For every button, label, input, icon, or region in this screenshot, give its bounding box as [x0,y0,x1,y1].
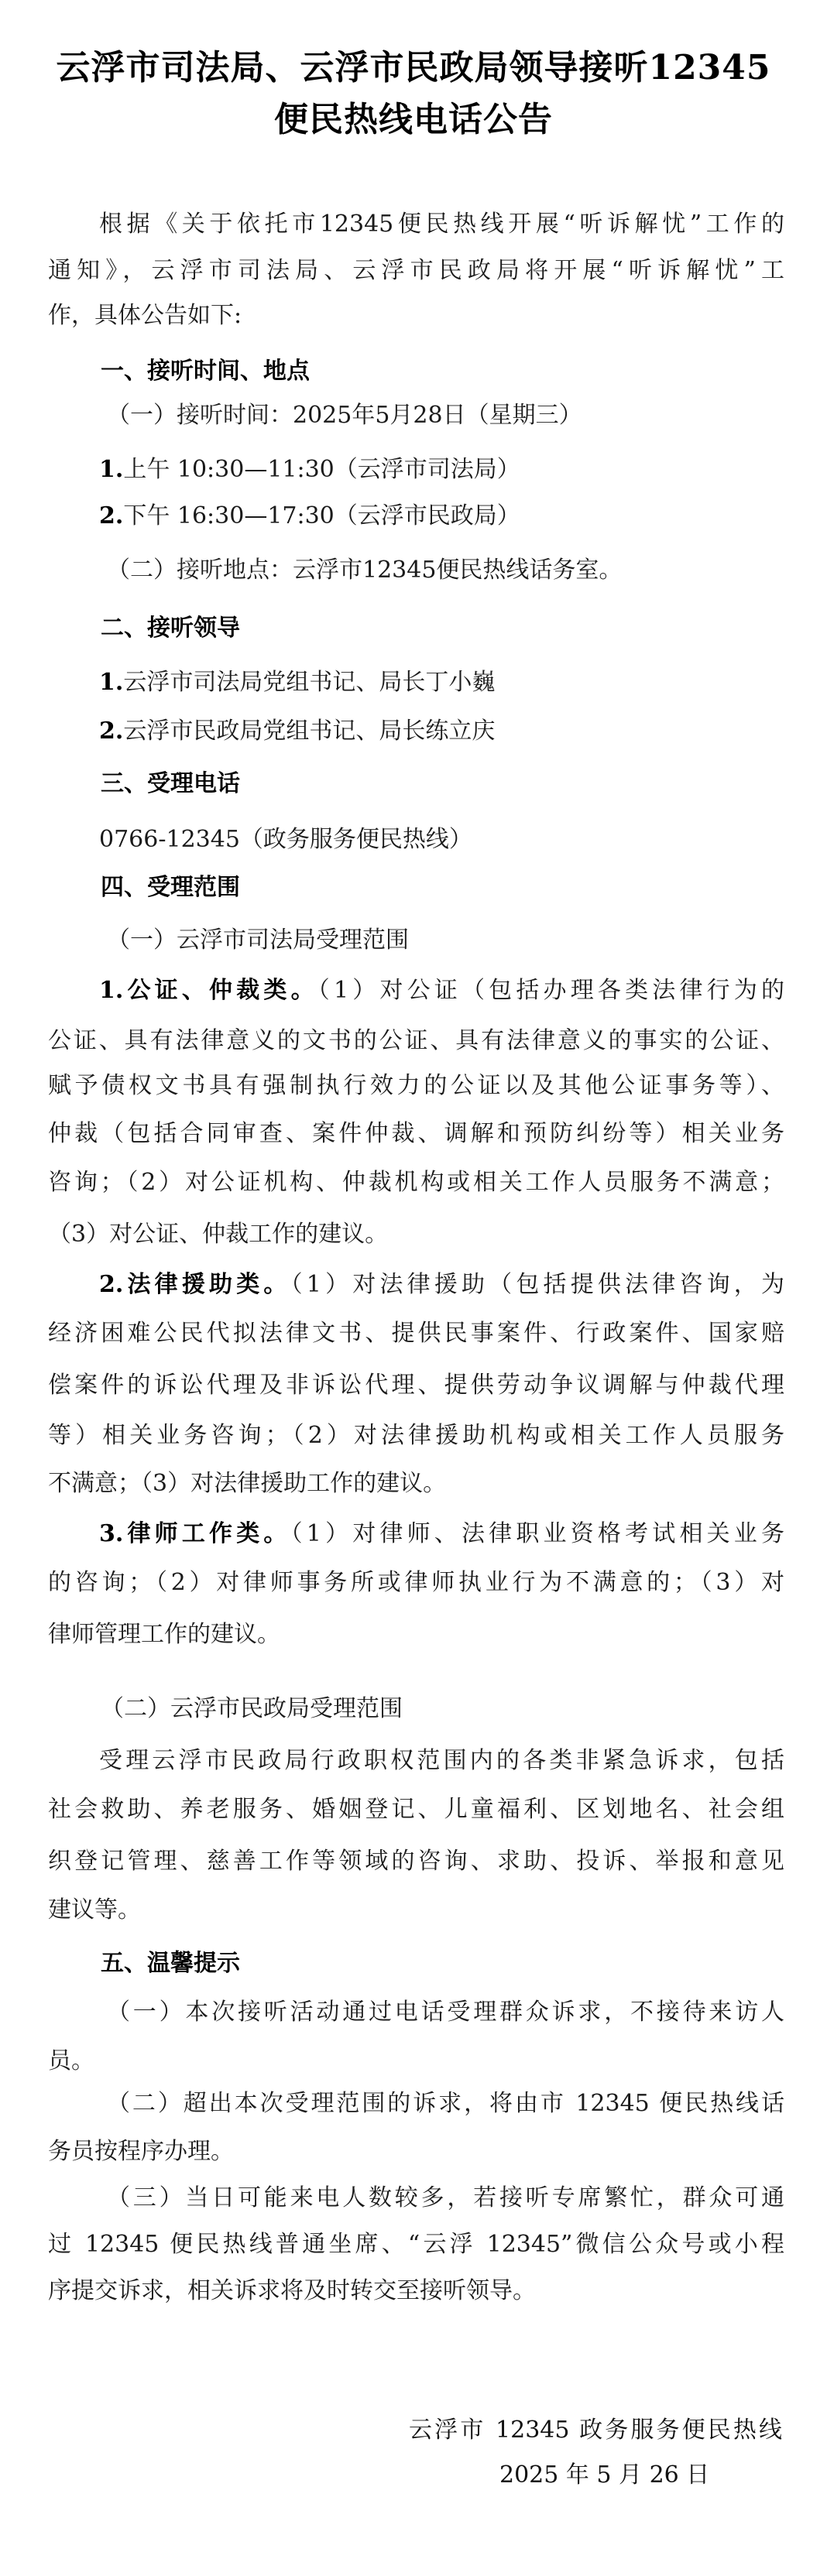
announcement-page: 云浮市司法局、云浮市民政局领导接听12345 便民热线电话公告 根据《关于依托市… [0,0,827,2576]
hotline-number: 0766-12345（政务服务便民热线） [99,824,472,855]
tip-line: （三）当日可能来电人数较多，若接听专席繁忙，群众可通 [107,2183,784,2214]
leader-item: 2.云浮市民政局党组书记、局长练立庆 [99,716,495,747]
slot-text: 下午 16:30—17:30（云浮市民政局） [123,502,520,529]
scope-item-lawyer-first-line: 3.律师工作类。（1）对律师、法律职业资格考试相关业务 [99,1519,784,1550]
scope-line: 咨询；（2）对公证机构、仲裁机构或相关工作人员服务不满意； [48,1167,784,1198]
scope-line: 仲裁（包括合同审查、案件仲裁、调解和预防纠纷等）相关业务 [48,1118,784,1149]
scope-line: 偿案件的诉讼代理及非诉讼代理、提供劳动争议调解与仲裁代理 [48,1370,784,1401]
leader-number: 1. [99,669,123,696]
scope-line: 经济困难公民代拟法律文书、提供民事案件、行政案件、国家赔 [48,1318,784,1349]
scope-line: 的咨询；（2）对律师事务所或律师执业行为不满意的；（3）对 [48,1567,784,1598]
section-heading-time-place: 一、接听时间、地点 [101,356,310,387]
scope-line: （3）对公证、仲裁工作的建议。 [48,1219,388,1250]
tip-line: 序提交诉求，相关诉求将及时转交至接听领导。 [48,2276,536,2307]
scope-item-legal-aid-first-line: 2.法律援助类。（1）对法律援助（包括提供法律咨询，为 [99,1269,784,1300]
scope-item-notary-first-line: 1.公证、仲裁类。（1）对公证（包括办理各类法律行为的 [99,975,784,1006]
leader-item: 1.云浮市司法局党组书记、局长丁小巍 [99,667,495,698]
scope-item-lead: 3.律师工作类。 [99,1520,291,1547]
section-heading-phone: 三、受理电话 [101,769,240,800]
tip-line: （二）超出本次受理范围的诉求，将由市 12345 便民热线话 [107,2088,784,2119]
document-title-line-1: 云浮市司法局、云浮市民政局领导接听12345 [0,49,827,87]
intro-line: 根据《关于依托市12345便民热线开展“听诉解忧”工作的 [99,209,784,240]
section-heading-scope: 四、受理范围 [101,872,240,903]
leader-text: 云浮市司法局党组书记、局长丁小巍 [123,669,495,696]
scope-line: 律师管理工作的建议。 [48,1619,280,1650]
time-slot: 2.下午 16:30—17:30（云浮市民政局） [99,501,520,532]
subsection-civil-affairs-bureau: （二）云浮市民政局受理范围 [101,1694,403,1725]
leader-text: 云浮市民政局党组书记、局长练立庆 [123,718,495,745]
section-heading-tips: 五、温馨提示 [101,1948,240,1979]
intro-line: 作，具体公告如下: [48,300,242,331]
scope-item-lead: 2.法律援助类。 [99,1271,291,1298]
subsection-justice-bureau: （一）云浮市司法局受理范围 [107,925,409,956]
scope-line: 公证、具有法律意义的文书的公证、具有法律意义的事实的公证、 [48,1026,784,1057]
time-label: （一）接听时间：2025年5月28日（星期三） [107,400,582,431]
tip-line: 务员按程序办理。 [48,2136,234,2167]
place-label: （二）接听地点：云浮市12345便民热线话务室。 [107,555,622,586]
signature-organization: 云浮市 12345 政务服务便民热线 [409,2415,782,2446]
scope-line: 不满意；（3）对法律援助工作的建议。 [48,1468,446,1499]
tip-line: 员。 [48,2046,94,2077]
signature-date: 2025 年 5 月 26 日 [499,2460,701,2491]
slot-text: 上午 10:30—11:30（云浮市司法局） [123,456,520,483]
scope-line: 受理云浮市民政局行政职权范围内的各类非紧急诉求，包括 [99,1745,784,1776]
scope-line: 社会救助、养老服务、婚姻登记、儿童福利、区划地名、社会组 [48,1794,784,1825]
tip-line: （一）本次接听活动通过电话受理群众诉求，不接待来访人 [107,1997,784,2028]
scope-line: 赋予债权文书具有强制执行效力的公证以及其他公证事务等）、 [48,1070,784,1101]
scope-item-text: （1）对律师、法律职业资格考试相关业务 [291,1520,784,1547]
scope-line: 建议等。 [48,1895,141,1926]
scope-line: 织登记管理、慈善工作等领域的咨询、求助、投诉、举报和意见 [48,1846,784,1877]
slot-number: 1. [99,456,123,483]
intro-line: 通知》，云浮市司法局、云浮市民政局将开展“听诉解忧”工 [48,255,784,286]
document-title-line-2: 便民热线电话公告 [0,101,827,139]
scope-item-text: （1）对公证（包括办理各类法律行为的 [318,977,784,1004]
scope-item-text: （1）对法律援助（包括提供法律咨询，为 [291,1271,784,1298]
scope-item-lead: 1.公证、仲裁类。 [99,977,318,1004]
time-slot: 1.上午 10:30—11:30（云浮市司法局） [99,454,520,485]
leader-number: 2. [99,718,123,745]
slot-number: 2. [99,502,123,529]
tip-line: 过 12345 便民热线普通坐席、“云浮 12345”微信公众号或小程 [48,2229,784,2260]
scope-line: 等）相关业务咨询；（2）对法律援助机构或相关工作人员服务 [48,1420,784,1451]
section-heading-leaders: 二、接听领导 [101,613,240,644]
